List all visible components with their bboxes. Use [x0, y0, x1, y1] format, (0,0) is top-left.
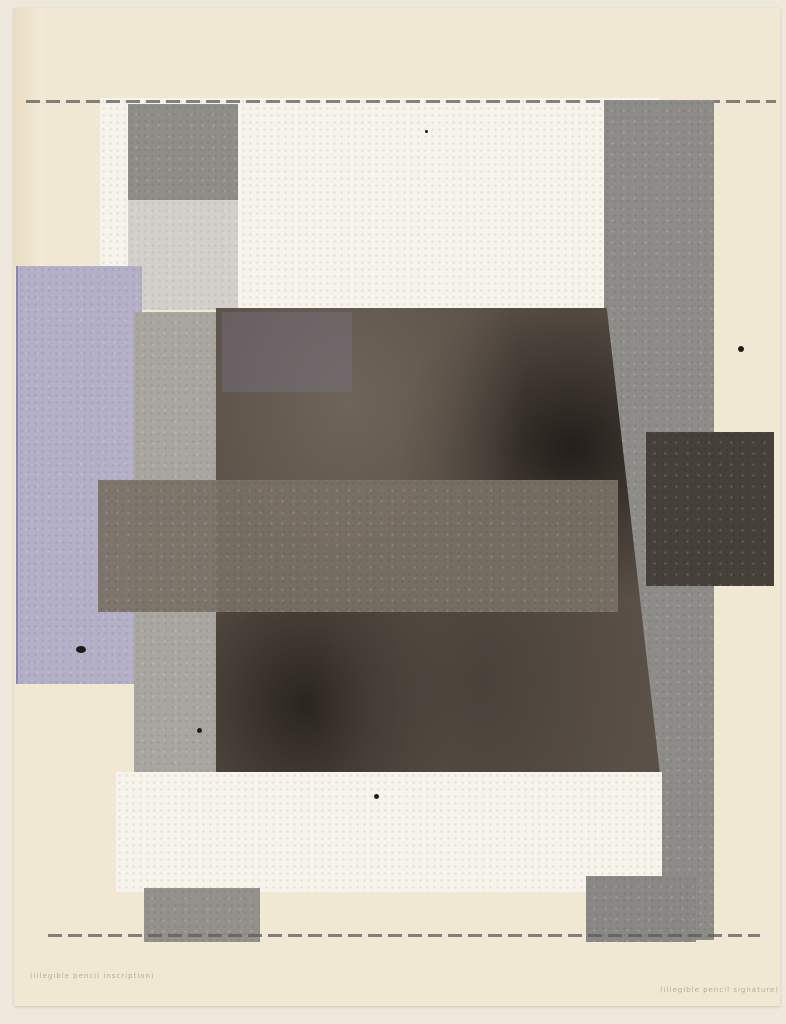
- ink-spatter: [425, 130, 428, 133]
- ink-spatter: [76, 646, 86, 653]
- taupe-horizontal-band: [98, 480, 618, 612]
- ink-spatter: [197, 728, 202, 733]
- central-purple-tint: [222, 312, 352, 392]
- ink-spatter: [374, 794, 379, 799]
- paper-fold-edge: [14, 8, 44, 268]
- lavender-panel: [16, 266, 142, 684]
- ink-spatter: [738, 346, 744, 352]
- bottom-horizontal-line: [48, 934, 760, 937]
- left-upper-grey-block: [128, 104, 238, 200]
- left-upper-light-block: [128, 200, 238, 310]
- bottom-white-band: [116, 772, 662, 892]
- bottom-right-signature: (illegible pencil signature): [660, 986, 779, 994]
- right-dark-patch: [646, 432, 774, 586]
- bottom-left-inscription: (illegible pencil inscription): [30, 972, 155, 980]
- bottom-right-grey-block: [586, 876, 696, 942]
